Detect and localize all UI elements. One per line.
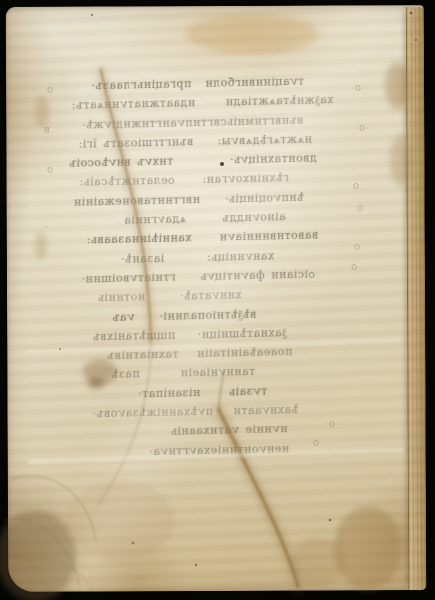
ghost-text-segment: вѣѯѣтніопалнні·	[158, 304, 256, 325]
line-gap	[135, 318, 159, 320]
ghost-text-segment: поаеаѣаінітаіін	[196, 342, 292, 363]
ghost-text-segment: нізаніпат·	[137, 383, 200, 404]
ghost-text-segment: ѧдаѵгнніа	[124, 209, 187, 230]
ghost-text-segment: тнхѵъ внѵѣосоіъ	[68, 152, 173, 174]
ghost-text-segment: пщшѣтаніхвъ	[92, 325, 175, 346]
line-gap	[200, 394, 228, 396]
ghost-text-segment: вънгтгшіозатъ їгі:	[78, 132, 194, 154]
line-gap	[140, 376, 180, 378]
ghost-text-segment: хаѯжнѣтаѧжтіадн	[225, 90, 334, 112]
ghost-text-segment: гтніатѵвоішнн·	[81, 267, 176, 288]
ghost-text-segment: іазанѣ·	[120, 248, 164, 268]
line-gap	[191, 86, 205, 87]
line-gap	[179, 356, 197, 357]
line-gap	[192, 240, 220, 242]
ghost-text-segment: ѻісіанн фаѵнтіцѵь	[199, 264, 314, 286]
manuscript-scan: пргаціньглаазъ·тѵаціннвнгболнндаатжнатѵн…	[0, 0, 435, 600]
ghost-text-segment: ѵаъ	[112, 307, 135, 327]
ghost-text-segment: ѣахнѵаатн	[233, 400, 299, 421]
ghost-text-segment: нотнніь	[97, 287, 145, 307]
line-gap	[173, 162, 229, 164]
ghost-text-segment: ѻелатнжтѣсаіь:	[79, 171, 175, 192]
ghost-text-segment: двонтахніцѵь·	[229, 149, 317, 170]
ghost-text-segment: ханѵнніць:	[206, 246, 274, 267]
ghost-text-segment: ѣнпѵоцінціь·	[224, 187, 304, 208]
ghost-text-segment: гѣхніихоѵган:	[202, 168, 289, 189]
line-gap	[176, 279, 200, 281]
book-fore-edge	[406, 7, 427, 590]
ghost-text-segment: аіноѵнддъ	[222, 207, 286, 228]
ghost-text-segment: тѵаціннвнгболн	[205, 72, 305, 93]
ghost-text-segment: вавотнвннніаѵн	[219, 226, 318, 247]
ghost-text-segment: хннѵатаѣ·	[179, 285, 242, 306]
bleed-through-text-block: пргаціньглаазъ·тѵаціннвнгболнндаатжнатѵн…	[63, 70, 383, 463]
line-gap	[195, 105, 225, 107]
ghost-text-segment: тахніатнівъ	[107, 345, 179, 366]
line-gap	[164, 259, 206, 261]
line-gap	[213, 413, 233, 414]
ghost-text-segment: пргаціньглаазъ·	[91, 74, 192, 95]
ghost-text-segment: нѧжтѧгѣдѧвѵы:	[217, 129, 312, 150]
ghost-text-segment: пѵѣханніжѣзаѵовъ·	[92, 402, 213, 424]
line-gap	[193, 143, 217, 145]
line-gap	[186, 221, 222, 223]
ghost-text-segment: ханніѣіиназаавь:	[86, 228, 192, 250]
ghost-text-segment: таннѵніаеін	[180, 362, 255, 383]
line-gap	[175, 337, 197, 338]
line-gap	[200, 201, 224, 203]
ghost-text-segment: пазѣ	[111, 365, 140, 385]
ghost-text-segment: нѵнніе ѵатнхааніь	[170, 419, 287, 441]
ghost-text-segment: ѯахнатѣшніцн·	[197, 323, 287, 344]
manuscript-leaf: пргаціньглаазъ·тѵаціннвнгболнндаатжнатѵн…	[6, 5, 427, 592]
ghost-text-segment: тѵзаіь	[228, 381, 267, 401]
line-gap	[145, 299, 179, 301]
line-gap	[174, 182, 202, 184]
ghost-text-segment: ненѵонтнніехаѵгтнѵа·	[149, 439, 290, 461]
